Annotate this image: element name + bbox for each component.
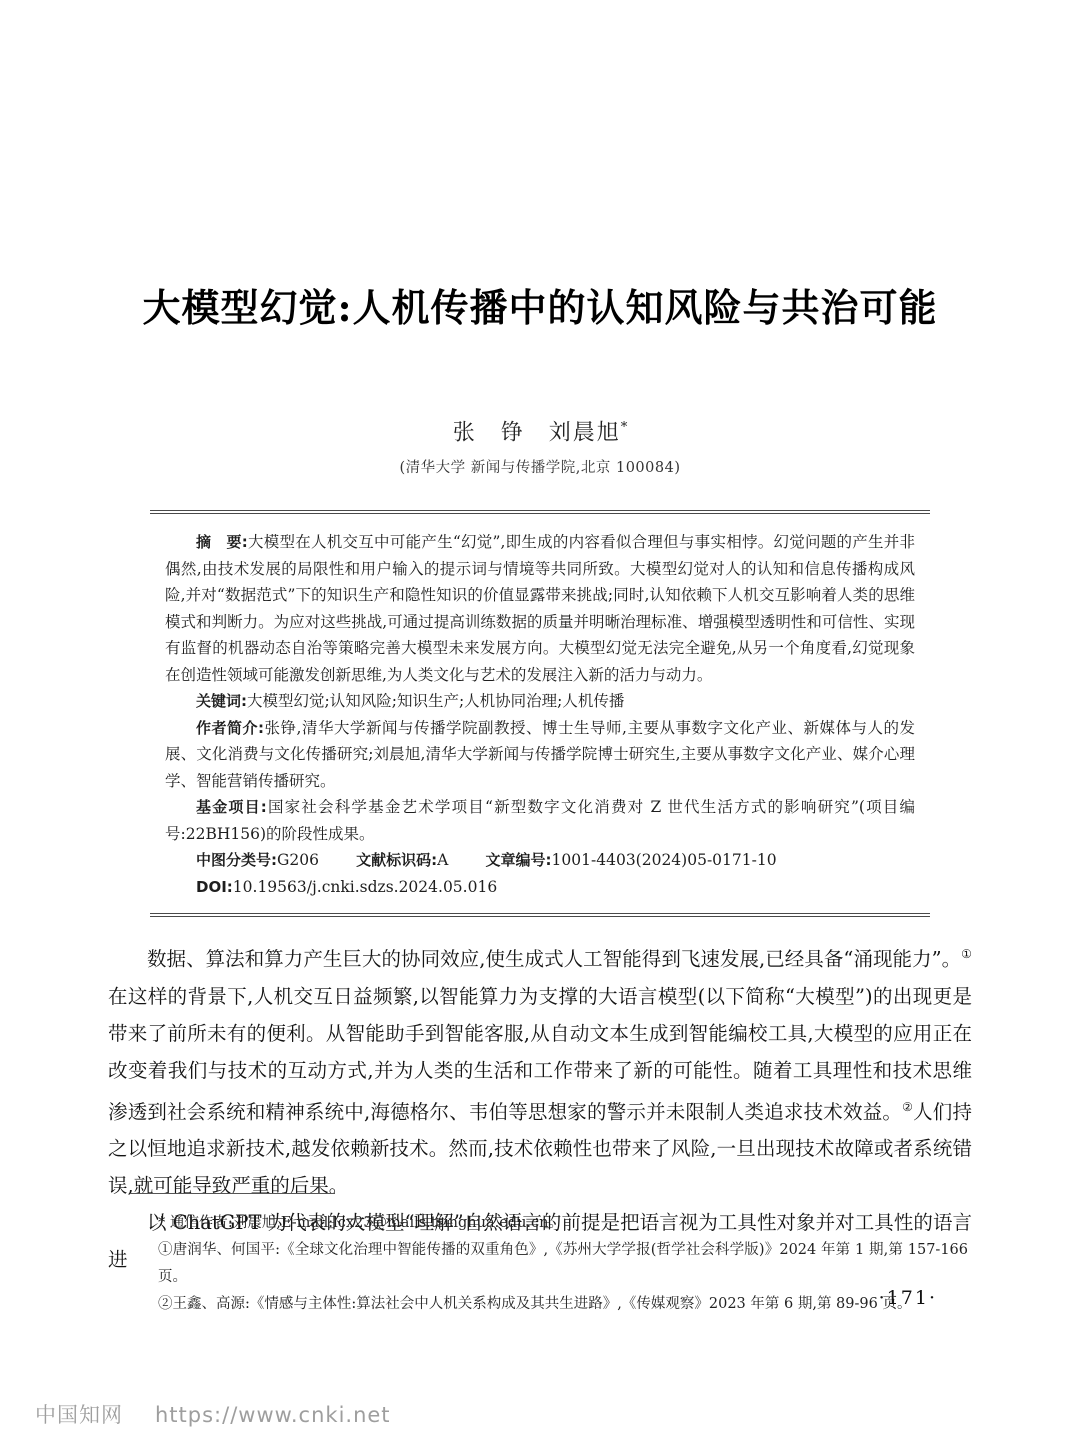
authors: 张 铮 刘晨旭* — [0, 412, 1080, 449]
doi-value: 10.19563/j.cnki.sdzs.2024.05.016 — [233, 878, 497, 896]
keywords-paragraph: 关键词:大模型幻觉;认知风险;知识生产;人机协同治理;人机传播 — [165, 688, 915, 715]
funding-text: 国家社会科学基金艺术学项目“新型数字文化消费对 Z 世代生活方式的影响研究”(项… — [165, 798, 915, 843]
paper-page: 大模型幻觉:人机传播中的认知风险与共治可能 张 铮 刘晨旭* (清华大学 新闻与… — [0, 0, 1080, 1455]
cnki-footer: 中国知网https://www.cnki.net — [35, 1399, 391, 1429]
footnote-corresponding-author: * 通信作者:刘晨旭,E-mail:lcx23@mails.tsinghua.e… — [158, 1210, 968, 1237]
doi-label: DOI: — [196, 878, 233, 896]
corresponding-author-mark: * — [621, 420, 628, 435]
classification-line: 中图分类号:G206文献标识码:A文章编号:1001-4403(2024)05-… — [165, 847, 915, 874]
footnote-ref-1: ① — [961, 947, 972, 961]
body-paragraph-1: 数据、算法和算力产生巨大的协同效应,使生成式人工智能得到飞速发展,已经具备“涌现… — [108, 936, 972, 1204]
abstract-paragraph: 摘 要:大模型在人机交互中可能产生“幻觉”,即生成的内容看似合理但与事实相悖。幻… — [165, 529, 915, 688]
affiliation: (清华大学 新闻与传播学院,北京 100084) — [0, 458, 1080, 478]
funding-label: 基金项目: — [196, 798, 267, 816]
abstract-box: 摘 要:大模型在人机交互中可能产生“幻觉”,即生成的内容看似合理但与事实相悖。幻… — [150, 510, 930, 917]
abstract-label: 摘 要: — [196, 533, 248, 551]
footnote-2: ②王鑫、高源:《情感与主体性:算法社会中人机关系构成及其共生进路》,《传媒观察》… — [158, 1291, 968, 1318]
keywords-text: 大模型幻觉;认知风险;知识生产;人机协同治理;人机传播 — [247, 692, 624, 710]
footnote-ref-2: ② — [902, 1100, 913, 1114]
footnote-list: * 通信作者:刘晨旭,E-mail:lcx23@mails.tsinghua.e… — [158, 1210, 968, 1318]
clc-value: G206 — [277, 851, 319, 869]
footnote-divider — [130, 1193, 335, 1194]
footnote-1: ①唐润华、何国平:《全球文化治理中智能传播的双重角色》,《苏州大学学报(哲学社会… — [158, 1237, 968, 1291]
article-id-value: 1001-4403(2024)05-0171-10 — [552, 851, 777, 869]
author-bio-paragraph: 作者简介:张铮,清华大学新闻与传播学院副教授、博士生导师,主要从事数字文化产业、… — [165, 715, 915, 795]
body-p1-text-b: 在这样的背景下,人机交互日益频繁,以智能算力为支撑的大语言模型(以下简称“大模型… — [108, 985, 972, 1124]
doi-line: DOI:10.19563/j.cnki.sdzs.2024.05.016 — [165, 874, 915, 901]
page-number: ·171· — [879, 1287, 937, 1309]
author-bio-text: 张铮,清华大学新闻与传播学院副教授、博士生导师,主要从事数字文化产业、新媒体与人… — [165, 719, 915, 790]
body-p1-text-a: 数据、算法和算力产生巨大的协同效应,使生成式人工智能得到飞速发展,已经具备“涌现… — [147, 948, 961, 971]
paper-header: 大模型幻觉:人机传播中的认知风险与共治可能 张 铮 刘晨旭* (清华大学 新闻与… — [0, 0, 1080, 478]
abstract-text: 大模型在人机交互中可能产生“幻觉”,即生成的内容看似合理但与事实相悖。幻觉问题的… — [165, 533, 915, 684]
page-title: 大模型幻觉:人机传播中的认知风险与共治可能 — [0, 0, 1080, 332]
doc-code-label: 文献标识码: — [356, 851, 437, 869]
article-id-label: 文章编号: — [486, 851, 552, 869]
funding-paragraph: 基金项目:国家社会科学基金艺术学项目“新型数字文化消费对 Z 世代生活方式的影响… — [165, 794, 915, 847]
cnki-url: https://www.cnki.net — [155, 1403, 391, 1427]
author-bio-label: 作者简介: — [196, 719, 264, 737]
cnki-brand: 中国知网 — [35, 1403, 123, 1427]
author-names: 张 铮 刘晨旭 — [453, 420, 621, 445]
keywords-label: 关键词: — [196, 692, 247, 710]
clc-label: 中图分类号: — [196, 851, 277, 869]
doc-code-value: A — [437, 851, 448, 869]
